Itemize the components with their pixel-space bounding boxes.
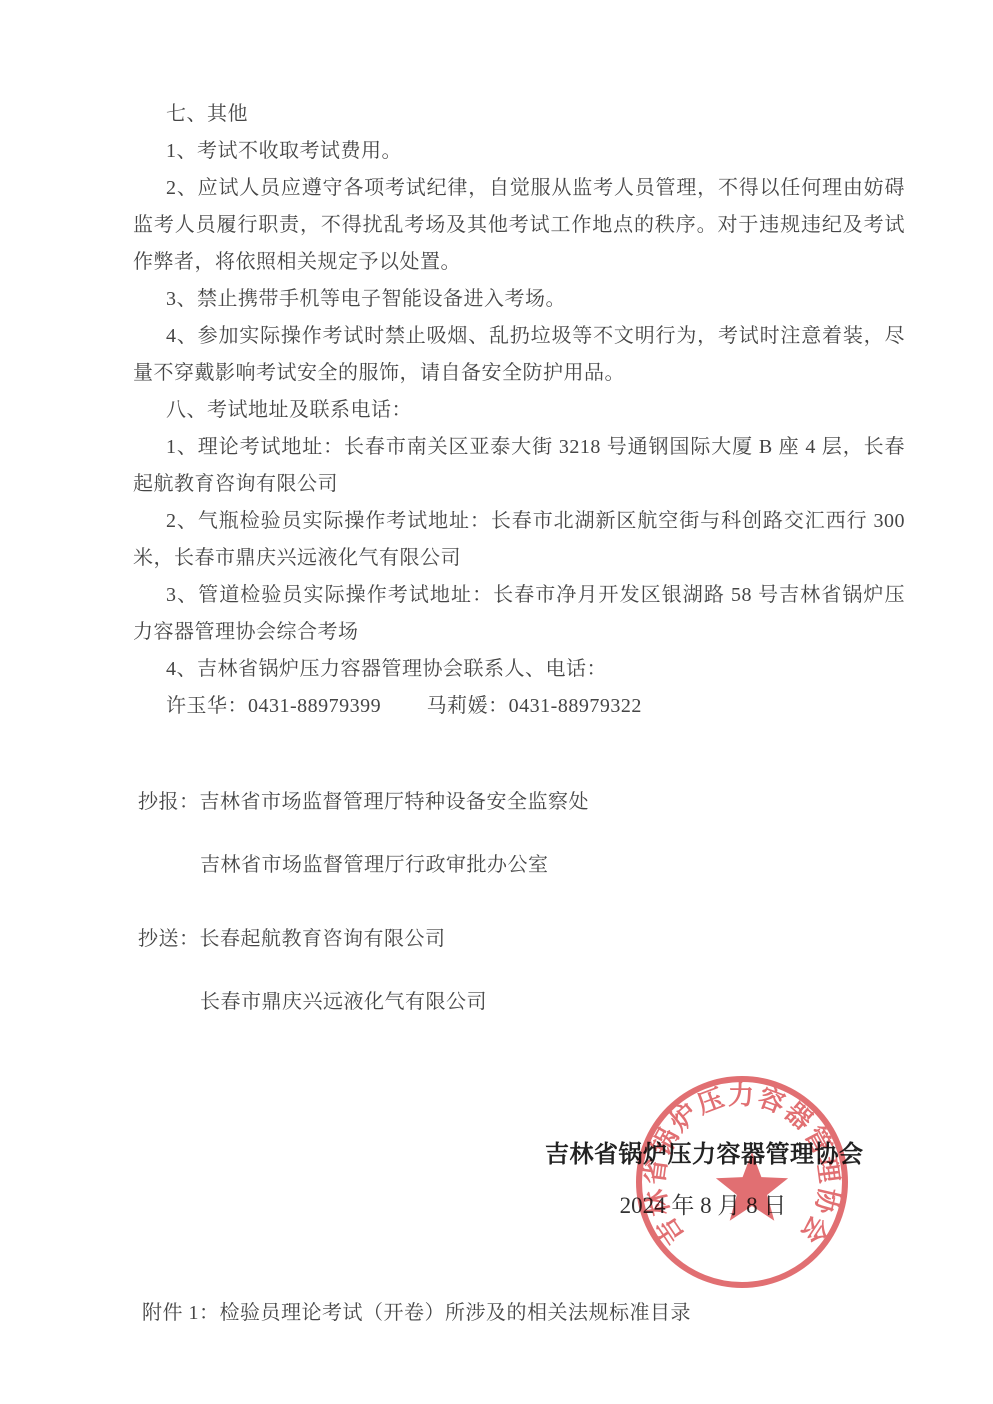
cc-send-block: 抄送：长春起航教育咨询有限公司 长春市鼎庆兴远液化气有限公司	[138, 908, 487, 1034]
document-page: 七、其他 1、考试不收取考试费用。 2、应试人员应遵守各项考试纪律，自觉服从监考…	[0, 0, 993, 1404]
attachment-note: 附件 1：检验员理论考试（开卷）所涉及的相关法规标准目录	[142, 1295, 691, 1332]
cc-report-block: 抄报：吉林省市场监督管理厅特种设备安全监察处 吉林省市场监督管理厅行政审批办公室	[138, 771, 589, 897]
section-8-heading: 八、考试地址及联系电话：	[133, 392, 905, 429]
section-7-item-2: 2、应试人员应遵守各项考试纪律，自觉服从监考人员管理，不得以任何理由妨碍监考人员…	[133, 170, 905, 281]
contacts-line: 许玉华：0431-88979399 马莉媛：0431-88979322	[133, 688, 905, 725]
cc-send-line-2: 长春市鼎庆兴远液化气有限公司	[138, 971, 487, 1034]
contact-xu-yuhua: 许玉华：0431-88979399	[166, 695, 381, 717]
section-8-item-3: 3、管道检验员实际操作考试地址：长春市净月开发区银湖路 58 号吉林省锅炉压力容…	[133, 577, 905, 651]
cc-report-recipient-2: 吉林省市场监督管理厅行政审批办公室	[200, 854, 549, 876]
cc-send-recipient-2: 长春市鼎庆兴远液化气有限公司	[200, 991, 487, 1013]
signature-org: 吉林省锅炉压力容器管理协会	[545, 1140, 861, 1170]
cc-report-line-1: 抄报：吉林省市场监督管理厅特种设备安全监察处	[138, 771, 589, 834]
signature-date: 2024 年 8 月 8 日	[545, 1192, 861, 1220]
document-body: 七、其他 1、考试不收取考试费用。 2、应试人员应遵守各项考试纪律，自觉服从监考…	[133, 96, 905, 725]
signature-block: 吉林省锅炉压力容器管理协会 2024 年 8 月 8 日	[545, 1140, 861, 1220]
cc-send-label: 抄送：	[138, 928, 200, 950]
cc-send-recipient-1: 长春起航教育咨询有限公司	[200, 928, 446, 950]
cc-send-line-1: 抄送：长春起航教育咨询有限公司	[138, 908, 487, 971]
section-7-heading: 七、其他	[133, 96, 905, 133]
section-7-item-1: 1、考试不收取考试费用。	[133, 133, 905, 170]
section-7-item-4: 4、参加实际操作考试时禁止吸烟、乱扔垃圾等不文明行为，考试时注意着装，尽量不穿戴…	[133, 318, 905, 392]
contact-ma-liyuan: 马莉媛：0431-88979322	[427, 695, 642, 717]
cc-report-label: 抄报：	[138, 791, 200, 813]
cc-report-line-2: 吉林省市场监督管理厅行政审批办公室	[138, 834, 589, 897]
section-8-item-1: 1、理论考试地址：长春市南关区亚泰大街 3218 号通钢国际大厦 B 座 4 层…	[133, 429, 905, 503]
cc-report-recipient-1: 吉林省市场监督管理厅特种设备安全监察处	[200, 791, 590, 813]
section-8-item-4: 4、吉林省锅炉压力容器管理协会联系人、电话：	[133, 651, 905, 688]
section-7-item-3: 3、禁止携带手机等电子智能设备进入考场。	[133, 281, 905, 318]
section-8-item-2: 2、气瓶检验员实际操作考试地址：长春市北湖新区航空街与科创路交汇西行 300 米…	[133, 503, 905, 577]
